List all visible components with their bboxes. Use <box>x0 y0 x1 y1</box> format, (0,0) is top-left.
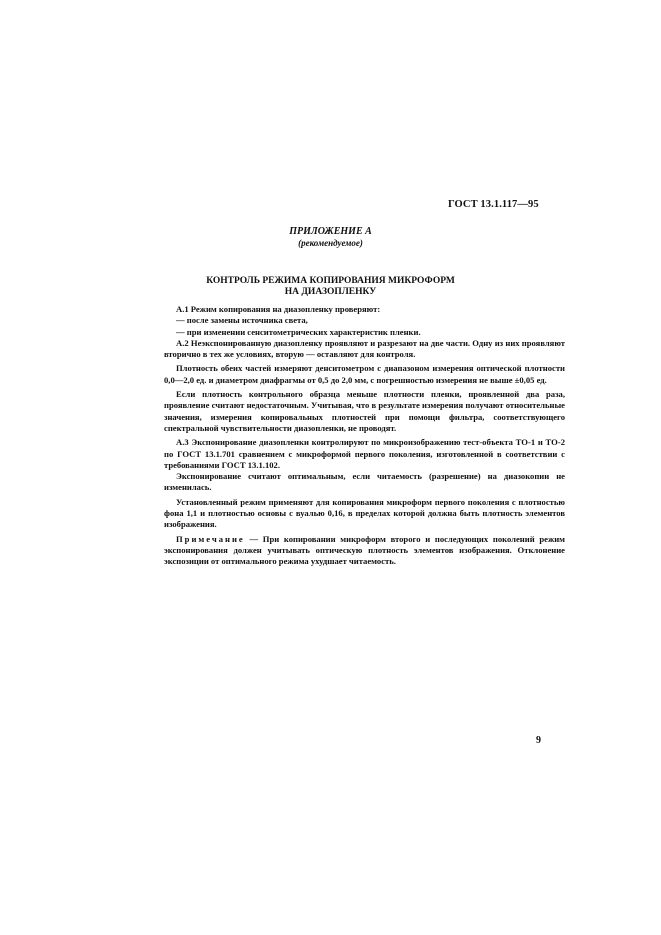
paragraph: Экспонирование считают оптимальным, если… <box>164 471 565 494</box>
section-title-line2: НА ДИАЗОПЛЕНКУ <box>0 287 661 298</box>
document-body: А.1 Режим копирования на диазопленку про… <box>164 304 565 568</box>
appendix-subtitle: (рекомендуемое) <box>0 238 661 249</box>
appendix-heading: ПРИЛОЖЕНИЕ А (рекомендуемое) <box>0 226 661 249</box>
note: Примечание — При копировании микроформ в… <box>164 534 565 568</box>
paragraph-a2: А.2 Неэкспонированную диазопленку проявл… <box>164 338 565 361</box>
paragraph: Плотность обеих частей измеряют денситом… <box>164 363 565 386</box>
paragraph-a3: А.3 Экспонирование диазопленки контролир… <box>164 437 565 471</box>
paragraph-a1: А.1 Режим копирования на диазопленку про… <box>164 304 565 315</box>
paragraph: Установленный режим применяют для копиро… <box>164 497 565 531</box>
document-page: ГОСТ 13.1.117—95 ПРИЛОЖЕНИЕ А (рекоменду… <box>0 0 661 935</box>
list-item: — при изменении сенситометрических харак… <box>164 327 565 338</box>
appendix-title: ПРИЛОЖЕНИЕ А <box>0 226 661 238</box>
list-item: — после замены источника света, <box>164 315 565 326</box>
page-number: 9 <box>536 735 541 746</box>
paragraph: Если плотность контрольного образца мень… <box>164 389 565 434</box>
note-label: Примечание <box>176 534 245 544</box>
section-title-line1: КОНТРОЛЬ РЕЖИМА КОПИРОВАНИЯ МИКРОФОРМ <box>0 276 661 287</box>
section-title: КОНТРОЛЬ РЕЖИМА КОПИРОВАНИЯ МИКРОФОРМ НА… <box>0 276 661 298</box>
document-code: ГОСТ 13.1.117—95 <box>448 199 539 210</box>
